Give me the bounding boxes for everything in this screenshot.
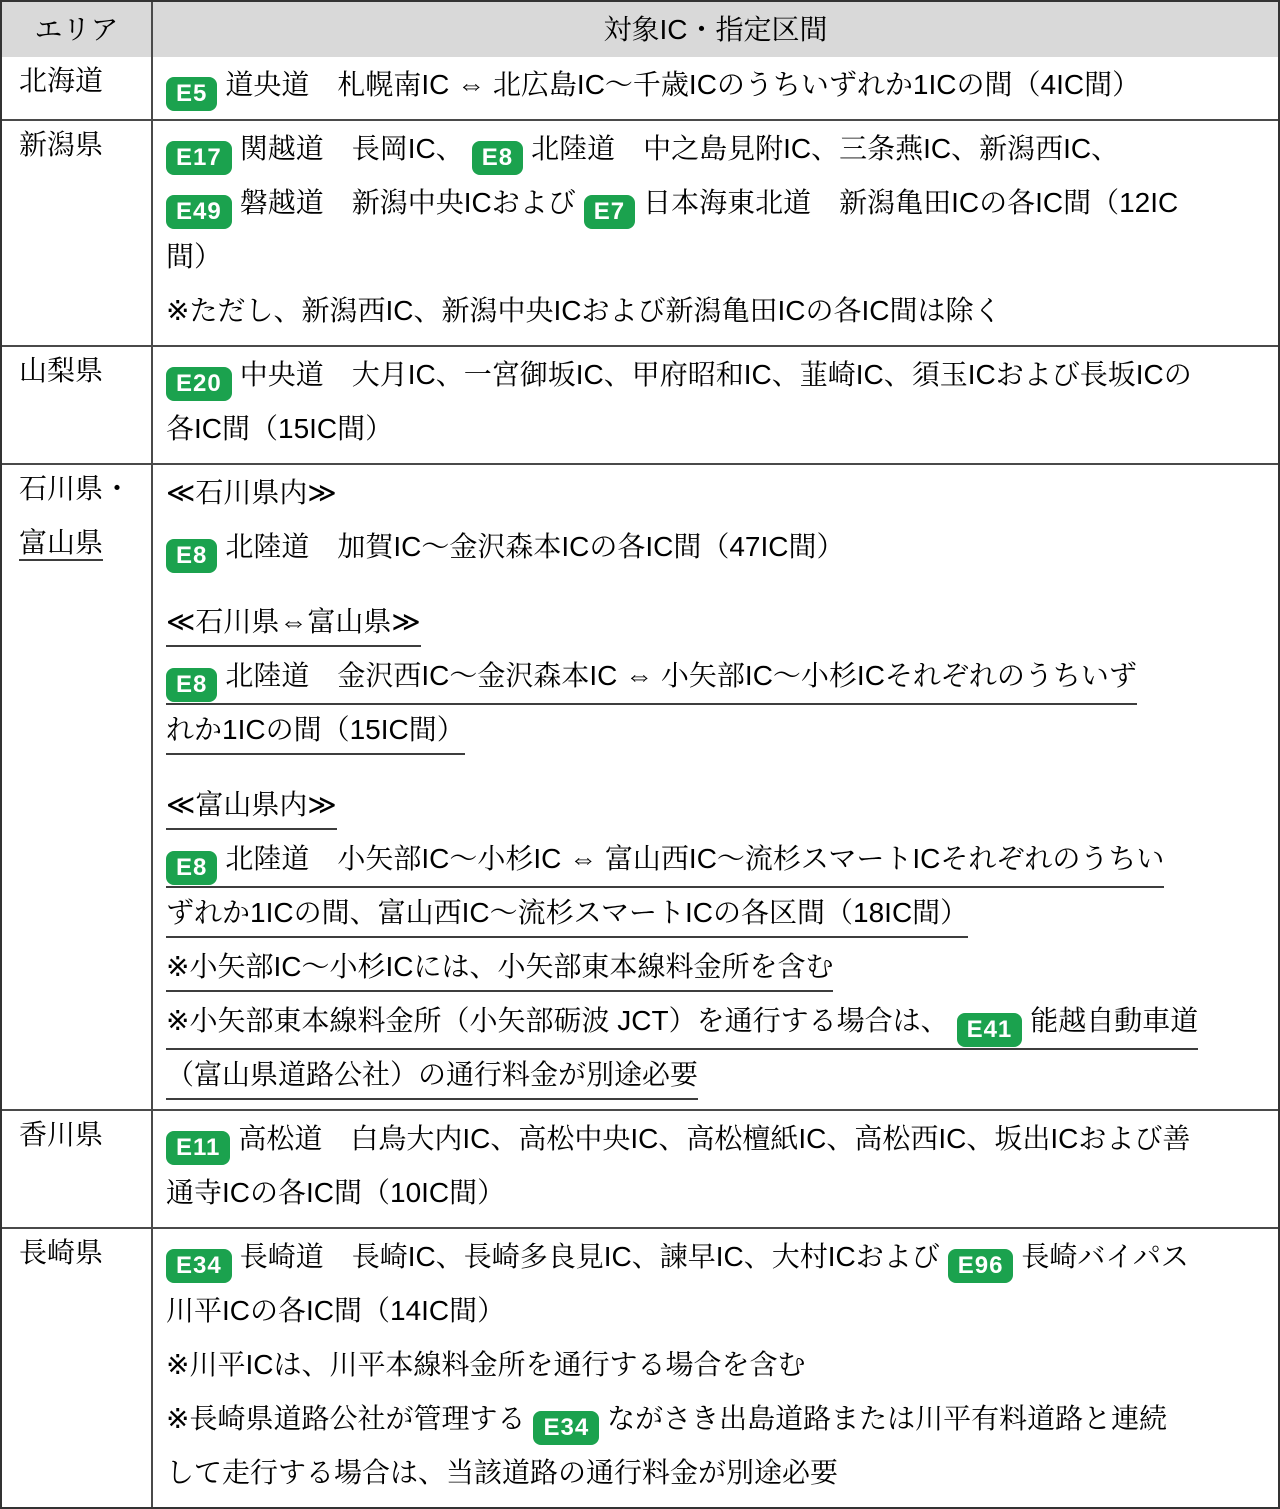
area-cell: 長崎県: [2, 1229, 153, 1507]
area-label: 新潟県: [19, 129, 103, 160]
header-cell-area: エリア: [2, 2, 153, 57]
area-label: 香川県: [19, 1119, 103, 1150]
text-segment: 北陸道 中之島見附IC、三条燕IC、新潟西IC、: [531, 133, 1119, 164]
text-segment: 高松道 白鳥大内IC、高松中央IC、高松檀紙IC、高松西IC、坂出ICおよび善: [238, 1123, 1190, 1154]
text-segment: （富山県道路公社）の通行料金が別途必要: [166, 1059, 698, 1090]
text-segment: 川平ICの各IC間（14IC間）: [166, 1295, 505, 1326]
area-label: 長崎県: [19, 1237, 103, 1268]
route-number-badge-e8: E8: [472, 141, 523, 175]
area-label: 山梨県: [19, 355, 103, 386]
content-line: E5道央道 札幌南IC ⇔ 北広島IC～千歳ICのうちいずれか1ICの間（4IC…: [166, 59, 1272, 113]
underlined-text-run: ずれか1ICの間、富山西IC～流杉スマートICの各区間（18IC間）: [166, 890, 968, 938]
underlined-text-run: ≪石川県⇔富山県≫: [166, 599, 421, 647]
route-number-badge-e8: E8: [166, 539, 217, 573]
area-line: 北海道: [19, 59, 145, 113]
text-segment: ≪富山県内≫: [166, 789, 337, 820]
table-row: 山梨県E20中央道 大月IC、一宮御坂IC、甲府昭和IC、韮崎IC、須玉ICおよ…: [2, 345, 1278, 463]
content-line: ※川平ICは、川平本線料金所を通行する場合を含む: [166, 1339, 1272, 1393]
content-line: ※小矢部IC～小杉ICには、小矢部東本線料金所を含む: [166, 941, 1272, 995]
section-cell: E11高松道 白鳥大内IC、高松中央IC、高松檀紙IC、高松西IC、坂出ICおよ…: [153, 1111, 1278, 1227]
route-number-badge-e5: E5: [166, 77, 217, 111]
underlined-text-run: E8北陸道 小矢部IC～小杉IC ⇔ 富山西IC～流杉スマートICそれぞれのうち…: [166, 836, 1164, 888]
text-segment: して走行する場合は、当該道路の通行料金が別途必要: [166, 1457, 838, 1488]
text-segment: ながさき出島道路または川平有料道路と連続: [607, 1403, 1167, 1434]
underlined-text-run: （富山県道路公社）の通行料金が別途必要: [166, 1052, 698, 1100]
text-run: 通寺ICの各IC間（10IC間）: [166, 1170, 505, 1215]
text-segment: ≪石川県⇔富山県≫: [166, 606, 421, 637]
area-label: 北海道: [19, 65, 103, 96]
section-cell: E17関越道 長岡IC、E8北陸道 中之島見附IC、三条燕IC、新潟西IC、E4…: [153, 121, 1278, 345]
content-line: E49磐越道 新潟中央ICおよびE7日本海東北道 新潟亀田ICの各IC間（12I…: [166, 177, 1272, 231]
text-segment: ずれか1ICの間、富山西IC～流杉スマートICの各区間（18IC間）: [166, 897, 968, 928]
underlined-text-run: ※小矢部IC～小杉ICには、小矢部東本線料金所を含む: [166, 944, 833, 992]
section-cell: E34長崎道 長崎IC、長崎多良見IC、諫早IC、大村ICおよびE96長崎バイパ…: [153, 1229, 1278, 1507]
text-run: E8北陸道 加賀IC～金沢森本ICの各IC間（47IC間）: [166, 524, 845, 573]
text-segment: 道央道 札幌南IC ⇔ 北広島IC～千歳ICのうちいずれか1ICの間（4IC間）: [225, 69, 1140, 100]
area-cell: 新潟県: [2, 121, 153, 345]
area-line: 長崎県: [19, 1231, 145, 1285]
route-number-badge-e34: E34: [166, 1249, 232, 1283]
text-run: ※長崎県道路公社が管理するE34ながさき出島道路または川平有料道路と連続: [166, 1396, 1167, 1445]
route-number-badge-e96: E96: [948, 1249, 1014, 1283]
text-run: ≪石川県内≫: [166, 470, 337, 515]
route-number-badge-e34: E34: [533, 1411, 599, 1445]
text-run: 川平ICの各IC間（14IC間）: [166, 1288, 505, 1333]
route-number-badge-e49: E49: [166, 195, 232, 229]
route-number-badge-e8: E8: [166, 851, 217, 885]
area-cell: 香川県: [2, 1111, 153, 1227]
content-line: して走行する場合は、当該道路の通行料金が別途必要: [166, 1447, 1272, 1501]
content-line: ※小矢部東本線料金所（小矢部砺波 JCT）を通行する場合は、E41能越自動車道: [166, 995, 1272, 1049]
content-line: 各IC間（15IC間）: [166, 403, 1272, 457]
section-cell: E20中央道 大月IC、一宮御坂IC、甲府昭和IC、韮崎IC、須玉ICおよび長坂…: [153, 347, 1278, 463]
text-segment: ※長崎県道路公社が管理する: [166, 1403, 525, 1434]
content-line: E34長崎道 長崎IC、長崎多良見IC、諫早IC、大村ICおよびE96長崎バイパ…: [166, 1231, 1272, 1285]
route-number-badge-e8: E8: [166, 668, 217, 702]
underlined-text-run: E8北陸道 金沢西IC～金沢森本IC ⇔ 小矢部IC～小杉ICそれぞれのうちいず: [166, 653, 1137, 705]
section-cell: E5道央道 札幌南IC ⇔ 北広島IC～千歳ICのうちいずれか1ICの間（4IC…: [153, 57, 1278, 119]
text-segment: 長崎バイパス: [1021, 1241, 1188, 1272]
content-line: E17関越道 長岡IC、E8北陸道 中之島見附IC、三条燕IC、新潟西IC、: [166, 123, 1272, 177]
table-row: 長崎県E34長崎道 長崎IC、長崎多良見IC、諫早IC、大村ICおよびE96長崎…: [2, 1227, 1278, 1507]
area-line: 香川県: [19, 1113, 145, 1167]
area-cell: 石川県・富山県: [2, 465, 153, 1109]
content-line: ≪石川県⇔富山県≫: [166, 596, 1272, 650]
text-run: E11高松道 白鳥大内IC、高松中央IC、高松檀紙IC、高松西IC、坂出ICおよ…: [166, 1116, 1190, 1165]
ic-section-table: エリア 対象IC・指定区間 北海道E5道央道 札幌南IC ⇔ 北広島IC～千歳I…: [0, 0, 1280, 1509]
content-line: ※長崎県道路公社が管理するE34ながさき出島道路または川平有料道路と連続: [166, 1393, 1272, 1447]
text-segment: ※小矢部東本線料金所（小矢部砺波 JCT）を通行する場合は、: [166, 1005, 949, 1036]
area-line: 石川県・: [19, 467, 145, 521]
table-body: 北海道E5道央道 札幌南IC ⇔ 北広島IC～千歳ICのうちいずれか1ICの間（…: [2, 57, 1278, 1507]
blank-line: [166, 575, 1272, 596]
content-line: （富山県道路公社）の通行料金が別途必要: [166, 1049, 1272, 1103]
text-segment: 長崎道 長崎IC、長崎多良見IC、諫早IC、大村ICおよび: [240, 1241, 940, 1272]
text-segment: 各IC間（15IC間）: [166, 413, 393, 444]
table-row: 新潟県E17関越道 長岡IC、E8北陸道 中之島見附IC、三条燕IC、新潟西IC…: [2, 119, 1278, 345]
text-segment: 通寺ICの各IC間（10IC間）: [166, 1177, 505, 1208]
route-number-badge-e11: E11: [166, 1131, 230, 1165]
table-row: 石川県・富山県≪石川県内≫E8北陸道 加賀IC～金沢森本ICの各IC間（47IC…: [2, 463, 1278, 1109]
text-segment: ※ただし、新潟西IC、新潟中央ICおよび新潟亀田ICの各IC間は除く: [166, 295, 1001, 326]
blank-line: [166, 758, 1272, 779]
table-row: 北海道E5道央道 札幌南IC ⇔ 北広島IC～千歳ICのうちいずれか1ICの間（…: [2, 57, 1278, 119]
content-line: E11高松道 白鳥大内IC、高松中央IC、高松檀紙IC、高松西IC、坂出ICおよ…: [166, 1113, 1272, 1167]
content-line: ずれか1ICの間、富山西IC～流杉スマートICの各区間（18IC間）: [166, 887, 1272, 941]
content-line: E8北陸道 小矢部IC～小杉IC ⇔ 富山西IC～流杉スマートICそれぞれのうち…: [166, 833, 1272, 887]
text-run: 各IC間（15IC間）: [166, 406, 393, 451]
section-cell: ≪石川県内≫E8北陸道 加賀IC～金沢森本ICの各IC間（47IC間）≪石川県⇔…: [153, 465, 1278, 1109]
content-line: 通寺ICの各IC間（10IC間）: [166, 1167, 1272, 1221]
text-segment: 中央道 大月IC、一宮御坂IC、甲府昭和IC、韮崎IC、須玉ICおよび長坂ICの: [240, 359, 1192, 390]
content-line: 川平ICの各IC間（14IC間）: [166, 1285, 1272, 1339]
text-run: E20中央道 大月IC、一宮御坂IC、甲府昭和IC、韮崎IC、須玉ICおよび長坂…: [166, 352, 1192, 401]
underlined-text-run: れか1ICの間（15IC間）: [166, 707, 465, 755]
area-line: 新潟県: [19, 123, 145, 177]
underlined-text-run: ≪富山県内≫: [166, 782, 337, 830]
text-segment: 日本海東北道 新潟亀田ICの各IC間（12IC: [643, 187, 1178, 218]
area-line: 山梨県: [19, 349, 145, 403]
area-line: 富山県: [19, 521, 145, 575]
text-segment: ≪石川県内≫: [166, 477, 337, 508]
route-number-badge-e7: E7: [584, 195, 635, 229]
text-run: E49磐越道 新潟中央ICおよびE7日本海東北道 新潟亀田ICの各IC間（12I…: [166, 180, 1178, 229]
text-run: して走行する場合は、当該道路の通行料金が別途必要: [166, 1450, 838, 1495]
header-cell-target: 対象IC・指定区間: [153, 2, 1278, 57]
text-run: E17関越道 長岡IC、E8北陸道 中之島見附IC、三条燕IC、新潟西IC、: [166, 126, 1119, 175]
text-segment: 能越自動車道: [1030, 1005, 1198, 1036]
area-label: 石川県・: [19, 473, 131, 504]
table-header-row: エリア 対象IC・指定区間: [2, 2, 1278, 57]
area-cell: 山梨県: [2, 347, 153, 463]
content-line: ≪富山県内≫: [166, 779, 1272, 833]
route-number-badge-e20: E20: [166, 367, 232, 401]
text-run: E5道央道 札幌南IC ⇔ 北広島IC～千歳ICのうちいずれか1ICの間（4IC…: [166, 62, 1140, 111]
text-segment: ※川平ICは、川平本線料金所を通行する場合を含む: [166, 1349, 805, 1380]
text-segment: 磐越道 新潟中央ICおよび: [240, 187, 576, 218]
route-number-badge-e17: E17: [166, 141, 232, 175]
text-segment: 間）: [166, 241, 222, 272]
text-segment: 北陸道 加賀IC～金沢森本ICの各IC間（47IC間）: [225, 531, 844, 562]
text-run: ※ただし、新潟西IC、新潟中央ICおよび新潟亀田ICの各IC間は除く: [166, 288, 1001, 333]
text-segment: 北陸道 金沢西IC～金沢森本IC ⇔ 小矢部IC～小杉ICそれぞれのうちいず: [225, 660, 1137, 691]
content-line: E8北陸道 加賀IC～金沢森本ICの各IC間（47IC間）: [166, 521, 1272, 575]
content-line: れか1ICの間（15IC間）: [166, 704, 1272, 758]
text-segment: 北陸道 小矢部IC～小杉IC ⇔ 富山西IC～流杉スマートICそれぞれのうちい: [225, 843, 1164, 874]
area-cell: 北海道: [2, 57, 153, 119]
content-line: ※ただし、新潟西IC、新潟中央ICおよび新潟亀田ICの各IC間は除く: [166, 285, 1272, 339]
content-line: ≪石川県内≫: [166, 467, 1272, 521]
content-line: E20中央道 大月IC、一宮御坂IC、甲府昭和IC、韮崎IC、須玉ICおよび長坂…: [166, 349, 1272, 403]
text-run: 間）: [166, 234, 222, 279]
content-line: 間）: [166, 231, 1272, 285]
content-line: E8北陸道 金沢西IC～金沢森本IC ⇔ 小矢部IC～小杉ICそれぞれのうちいず: [166, 650, 1272, 704]
underlined-text-run: ※小矢部東本線料金所（小矢部砺波 JCT）を通行する場合は、E41能越自動車道: [166, 998, 1198, 1050]
text-run: ※川平ICは、川平本線料金所を通行する場合を含む: [166, 1342, 805, 1387]
text-segment: れか1ICの間（15IC間）: [166, 714, 465, 745]
text-segment: ※小矢部IC～小杉ICには、小矢部東本線料金所を含む: [166, 951, 833, 982]
route-number-badge-e41: E41: [957, 1013, 1023, 1047]
text-run: E34長崎道 長崎IC、長崎多良見IC、諫早IC、大村ICおよびE96長崎バイパ…: [166, 1234, 1189, 1283]
table-row: 香川県E11高松道 白鳥大内IC、高松中央IC、高松檀紙IC、高松西IC、坂出I…: [2, 1109, 1278, 1227]
text-segment: 関越道 長岡IC、: [240, 133, 464, 164]
area-label: 富山県: [19, 527, 103, 561]
